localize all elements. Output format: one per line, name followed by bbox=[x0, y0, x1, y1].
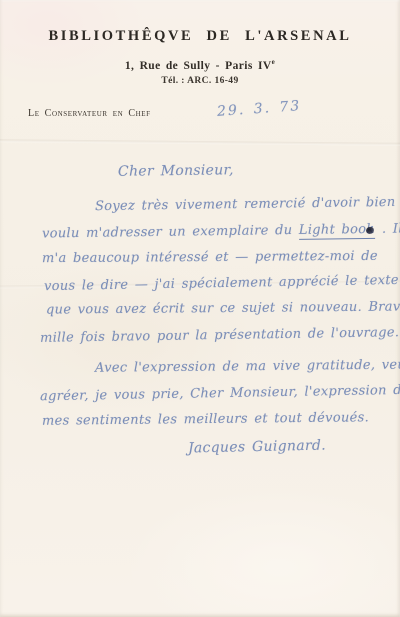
institution-name: BIBLIOTHÊQVE DE L'ARSENAL bbox=[0, 28, 400, 45]
body-line-text: voulu m'adresser un exemplaire du bbox=[42, 223, 299, 242]
salutation: Cher Monsieur, bbox=[118, 162, 234, 180]
body-line: Avec l'expression de ma vive gratitude, … bbox=[95, 357, 400, 376]
body-line: que vous avez écrit sur ce sujet si nouv… bbox=[46, 299, 400, 317]
handwritten-date: 29. 3. 73 bbox=[217, 98, 302, 120]
scanned-letter: BIBLIOTHÊQVE DE L'ARSENAL 1, Rue de Sull… bbox=[0, 0, 400, 617]
address-line: 1, Rue de Sully - Paris IVe bbox=[0, 58, 400, 72]
body-line: mes sentiments les meilleurs et tout dév… bbox=[42, 410, 369, 428]
phone-line: Tél. : ARC. 16-49 bbox=[0, 76, 400, 86]
body-line: agréer, je vous prie, Cher Monsieur, l'e… bbox=[40, 383, 400, 404]
body-line: voulu m'adresser un exemplaire du Light … bbox=[42, 221, 400, 241]
address-text: 1, Rue de Sully - Paris IV bbox=[125, 60, 272, 72]
sender-role: Le Conservateur en Chef bbox=[28, 108, 151, 119]
body-line: m'a beaucoup intéressé et — permettez-mo… bbox=[42, 249, 378, 266]
body-line: Soyez très vivement remercié d'avoir bie… bbox=[95, 195, 396, 214]
body-line: vous le dire — j'ai spécialement appréci… bbox=[44, 273, 399, 294]
ink-blot bbox=[366, 227, 374, 234]
address-superscript: e bbox=[272, 58, 276, 66]
body-line: mille fois bravo pour la présentation de… bbox=[40, 325, 399, 346]
paper-crease-top bbox=[0, 139, 400, 146]
signature: Jacques Guignard. bbox=[188, 438, 326, 457]
underlined-book-title: Light book bbox=[299, 222, 375, 240]
body-line-text: . Il bbox=[375, 221, 400, 236]
